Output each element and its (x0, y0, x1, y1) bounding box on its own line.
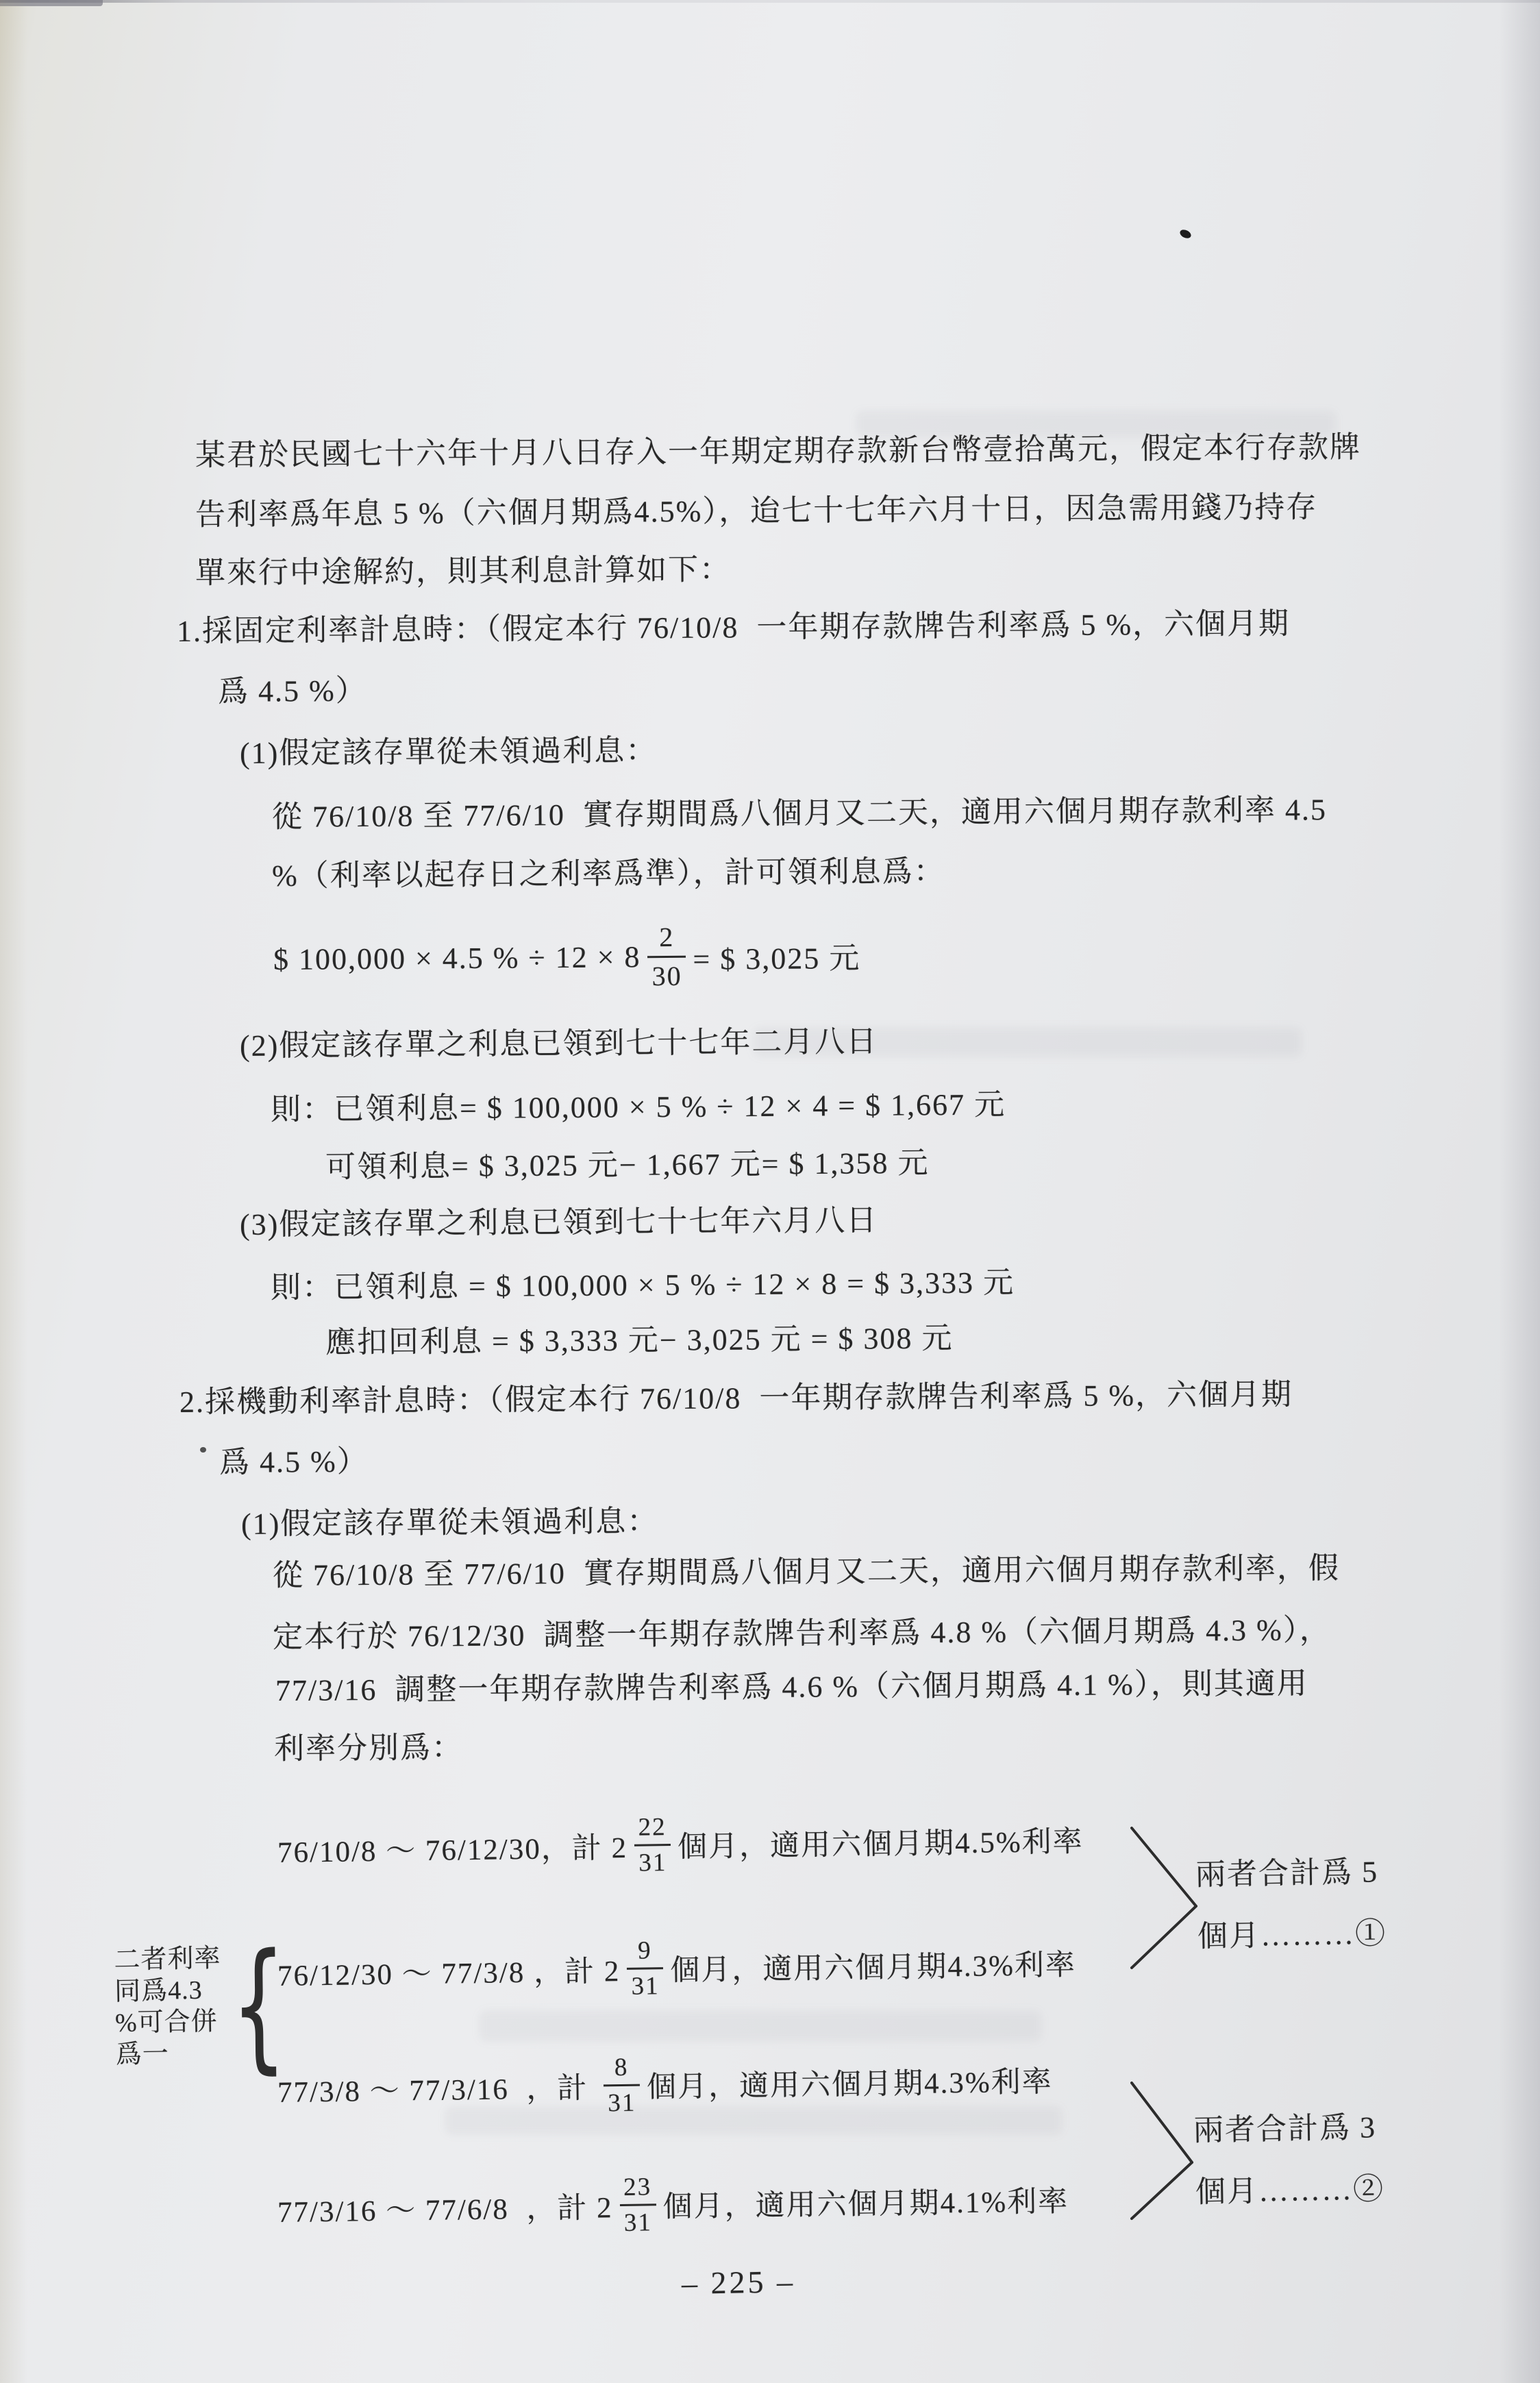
margin-note-line-2: 同爲4.3 (114, 1976, 203, 2006)
margin-note-brace: { (230, 1932, 287, 2081)
summary-2-line-2: 個月………② (1195, 2171, 1385, 2211)
page-number: – 225 – (682, 2263, 796, 2301)
scanned-textbook-page: 某君於民國七十六年十月八日存入一年期定期存款新台幣壹拾萬元，假定本行存款牌 告利… (0, 0, 1540, 2383)
margin-note-line-1: 二者利率 (114, 1944, 221, 1975)
summary-2-line-1: 兩者合計爲 3 (1193, 2109, 1377, 2149)
summary-1-line-2: 個月………① (1197, 1915, 1387, 1955)
margin-note: 二者利率同爲4.3%可合併爲一 (114, 1942, 223, 2071)
margin-note-line-3: %可合併 (115, 2007, 218, 2038)
margin-note-line-4: 爲一 (115, 2040, 169, 2069)
summary-1-line-1: 兩者合計爲 5 (1195, 1853, 1379, 1894)
